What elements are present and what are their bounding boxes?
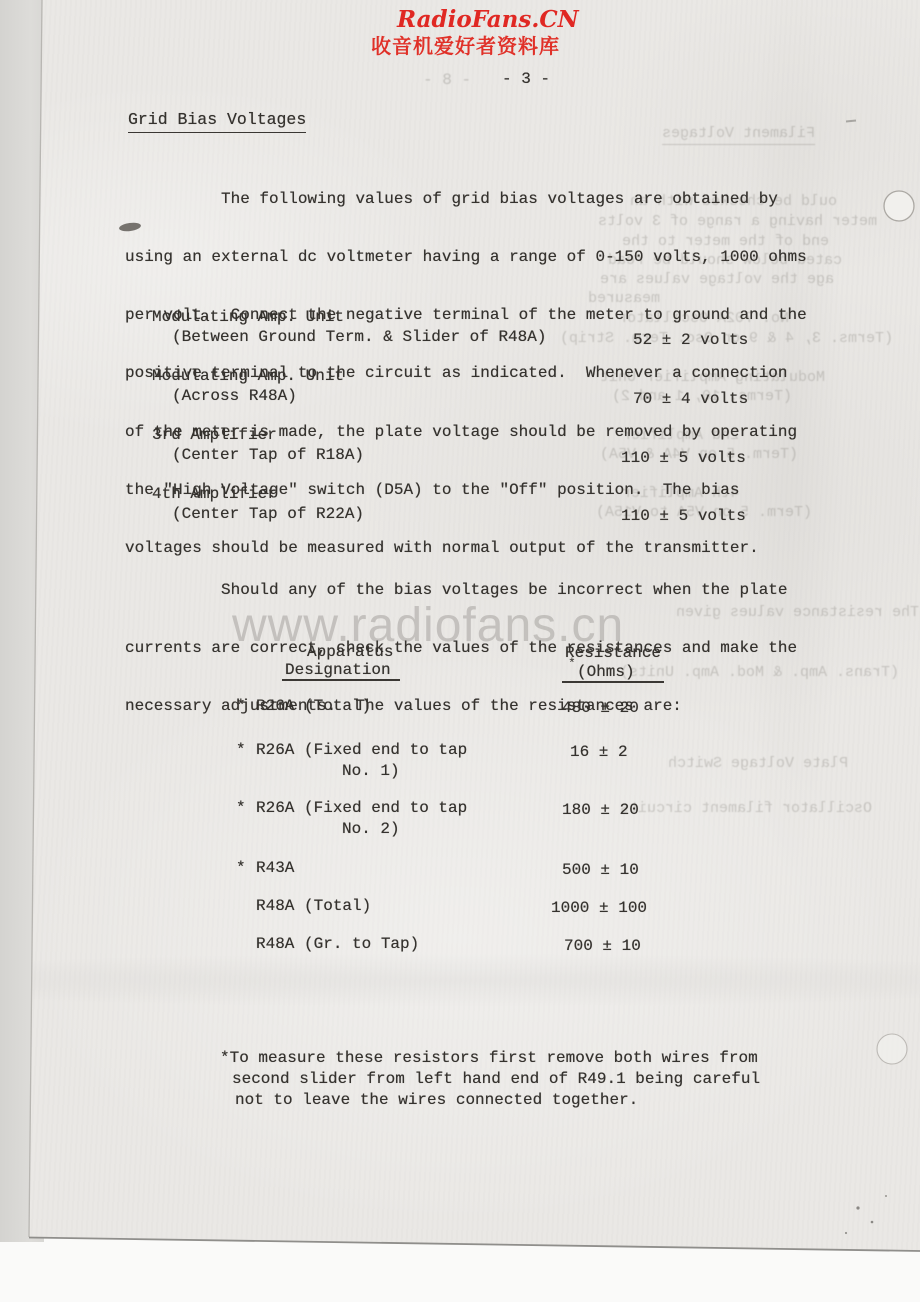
- bias-item-detail: (Center Tap of R18A): [172, 446, 364, 465]
- footnote-line: second slider from left hand end of R49.…: [232, 1070, 760, 1089]
- bias-item-name: Modulating Amp. Unit: [152, 308, 344, 327]
- table-row-value: 16 ± 2: [570, 743, 628, 762]
- paragraph-line: Should any of the bias voltages be incor…: [125, 581, 797, 600]
- bias-item-value: 110 ± 5 volts: [621, 507, 746, 526]
- header-underline: [562, 681, 664, 683]
- red-watermark-subtitle: 收音机爱好者资料库: [371, 30, 560, 59]
- footnote-line: *To measure these resistors first remove…: [220, 1049, 758, 1068]
- table-row-value: 480 ± 20: [562, 699, 639, 718]
- left-page-edge: [29, 0, 42, 1237]
- speck: [856, 1206, 859, 1209]
- table-row-label: R48A (Gr. to Tap): [256, 935, 419, 954]
- header-underline: [282, 679, 400, 681]
- bias-item-detail: (Center Tap of R22A): [172, 505, 364, 524]
- table-row-label2: No. 1): [342, 762, 400, 781]
- speck: [845, 1232, 847, 1234]
- speck: [885, 1195, 887, 1197]
- table-row-label: R26A (Total): [256, 697, 371, 716]
- bias-item-name: 3rd Amplifier: [152, 426, 277, 445]
- table-row-marker: *: [236, 799, 246, 817]
- paragraph-line: The following values of grid bias voltag…: [125, 190, 807, 209]
- table-col2-header-line2: (Ohms): [577, 663, 635, 682]
- table-row-marker: *: [236, 697, 246, 715]
- table-row-value: 180 ± 20: [562, 801, 639, 820]
- speck: [846, 119, 856, 122]
- paragraph-line: currents are correct, check the values o…: [125, 639, 797, 658]
- bias-item-name: Modulating Amp. Unit: [152, 367, 344, 386]
- section-title: Grid Bias Voltages: [128, 110, 306, 133]
- punch-hole-bottom: [877, 1034, 907, 1064]
- red-watermark-title: RadioFans.CN: [397, 6, 579, 33]
- bias-item-name: 4th Amplifier: [152, 485, 277, 504]
- table-col1-header-line1: Apparatus: [307, 643, 393, 662]
- table-row-label: R48A (Total): [256, 897, 371, 916]
- paragraph-line: using an external dc voltmeter having a …: [125, 248, 807, 267]
- bias-item-detail: (Across R48A): [172, 387, 297, 406]
- bias-item-value: 52 ± 2 volts: [633, 331, 748, 350]
- bleedthrough-text: Plate Voltage Switch: [668, 755, 848, 772]
- resistance-paragraph: Should any of the bias voltages be incor…: [125, 542, 797, 755]
- table-row-label2: No. 2): [342, 820, 400, 839]
- table-row-value: 500 ± 10: [562, 861, 639, 880]
- punch-hole-top: [884, 191, 914, 221]
- table-row-label: R26A (Fixed end to tap: [256, 799, 467, 818]
- bias-item-detail: (Between Ground Term. & Slider of R48A): [172, 328, 546, 347]
- speck: [871, 1221, 874, 1224]
- table-col2-header-line1: Resistance: [565, 644, 661, 663]
- table-row-label: R26A (Fixed end to tap: [256, 741, 467, 760]
- table-col1-header-line2: Designation: [285, 661, 391, 680]
- scanned-document-page: - 8 - Filament Voltages ould be checked …: [0, 0, 920, 1302]
- bleedthrough-text: Oscillator filament circuits: [620, 800, 872, 817]
- footnote-line: not to leave the wires connected togethe…: [235, 1091, 638, 1110]
- table-row-value: 1000 ± 100: [551, 899, 647, 918]
- bleedthrough-page-number: - 8 -: [423, 71, 471, 89]
- bias-item-value: 110 ± 5 volts: [621, 449, 746, 468]
- page-number: - 3 -: [502, 70, 550, 89]
- table-row-label: R43A: [256, 859, 294, 878]
- table-row-marker: *: [236, 741, 246, 759]
- paragraph-line: necessary adjustments. The values of the…: [125, 697, 797, 716]
- bleedthrough-text: Filament Voltages: [662, 125, 815, 145]
- bottom-page-edge: [29, 1238, 920, 1252]
- table-row-value: 700 ± 10: [564, 937, 641, 956]
- bias-item-value: 70 ± 4 volts: [633, 390, 748, 409]
- table-row-marker: *: [236, 859, 246, 877]
- footnote-marker: *: [568, 656, 576, 671]
